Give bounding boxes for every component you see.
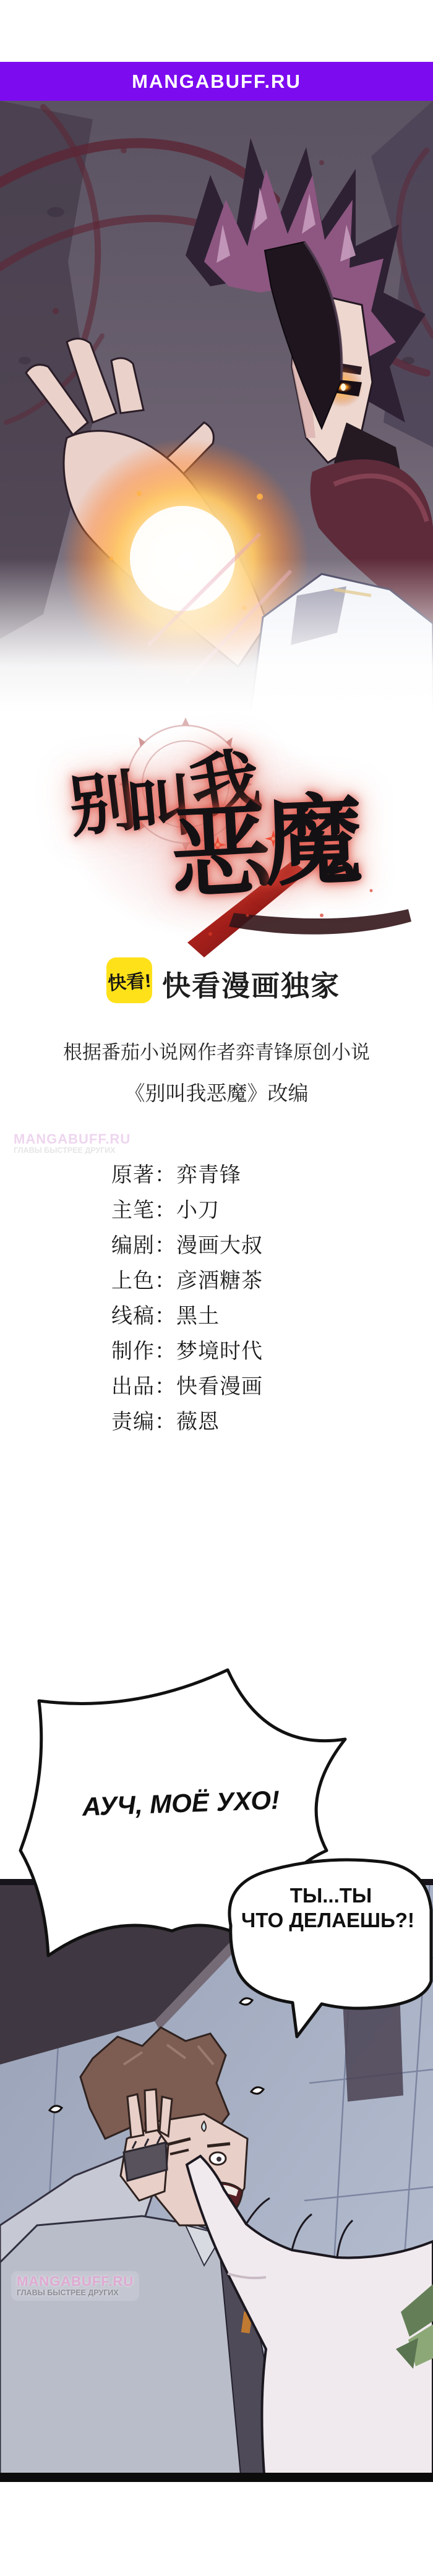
credits-list: 原著：弈青锋主笔：小刀编剧：漫画大叔上色：彦酒糖茶线稿：黑土制作：梦境时代出品：…	[111, 1158, 263, 1440]
watermark-top: MANGABUFF.RU ГЛАВЫ БЫСТРЕЕ ДРУГИХ	[14, 1132, 131, 1155]
cover-art	[0, 101, 433, 713]
credit-value: 漫画大叔	[176, 1234, 263, 1257]
credit-value: 黑土	[176, 1304, 220, 1328]
cover-art-illustration	[0, 101, 433, 713]
credit-row: 主笔：小刀	[111, 1193, 263, 1228]
speech-bubble-round: ТЫ...ТЫ ЧТО ДЕЛАЕШЬ?!	[213, 1848, 433, 2040]
site-title: MANGABUFF.RU	[132, 71, 301, 93]
credit-row: 责编：薇恩	[111, 1405, 263, 1440]
hand-on-ear	[121, 2089, 172, 2201]
bubble2-text-line2: ЧТО ДЕЛАЕШЬ?!	[241, 1909, 414, 1932]
credit-row: 出品：快看漫画	[111, 1369, 263, 1405]
credit-label: 责编：	[111, 1410, 176, 1434]
watermark-tagline: ГЛАВЫ БЫСТРЕЕ ДРУГИХ	[17, 2289, 134, 2298]
bubble2-text-line1: ТЫ...ТЫ	[290, 1884, 372, 1907]
adaptation-note-line1: 根据番茄小说网作者弈青锋原创小说	[0, 1037, 433, 1064]
credit-value: 薇恩	[176, 1410, 220, 1434]
credit-value: 梦境时代	[176, 1340, 263, 1363]
credit-row: 线稿：黑土	[111, 1299, 263, 1334]
credit-label: 编剧：	[111, 1234, 176, 1257]
credit-label: 上色：	[111, 1269, 176, 1293]
site-header-banner: MANGABUFF.RU	[0, 62, 433, 101]
credit-row: 上色：彦酒糖茶	[111, 1264, 263, 1299]
title-char-5: 魔	[263, 791, 364, 892]
panel-bottom-border	[0, 2473, 433, 2482]
credit-row: 制作：梦境时代	[111, 1334, 263, 1369]
credit-value: 快看漫画	[176, 1375, 263, 1398]
credit-label: 主笔：	[111, 1199, 176, 1222]
credit-value: 小刀	[176, 1199, 220, 1222]
credit-label: 制作：	[111, 1340, 176, 1363]
credit-row: 原著：弈青锋	[111, 1158, 263, 1193]
watermark-panel: MANGABUFF.RU ГЛАВЫ БЫСТРЕЕ ДРУГИХ	[11, 2271, 139, 2301]
watermark-site-name: MANGABUFF.RU	[14, 1132, 131, 1147]
adaptation-note-line2: 《别叫我恶魔》改编	[0, 1077, 433, 1106]
credit-row: 编剧：漫画大叔	[111, 1228, 263, 1264]
watermark-site-name: MANGABUFF.RU	[17, 2274, 134, 2289]
manga-reader-page: MANGABUFF.RU	[0, 0, 433, 2576]
credit-label: 线稿：	[111, 1304, 176, 1328]
credit-label: 出品：	[111, 1375, 176, 1398]
watermark-tagline: ГЛАВЫ БЫСТРЕЕ ДРУГИХ	[14, 1147, 131, 1155]
credit-value: 弈青锋	[176, 1163, 241, 1187]
credit-label: 原著：	[111, 1163, 176, 1187]
credit-value: 彦酒糖茶	[176, 1269, 263, 1293]
title-char-4: 恶	[168, 800, 273, 905]
